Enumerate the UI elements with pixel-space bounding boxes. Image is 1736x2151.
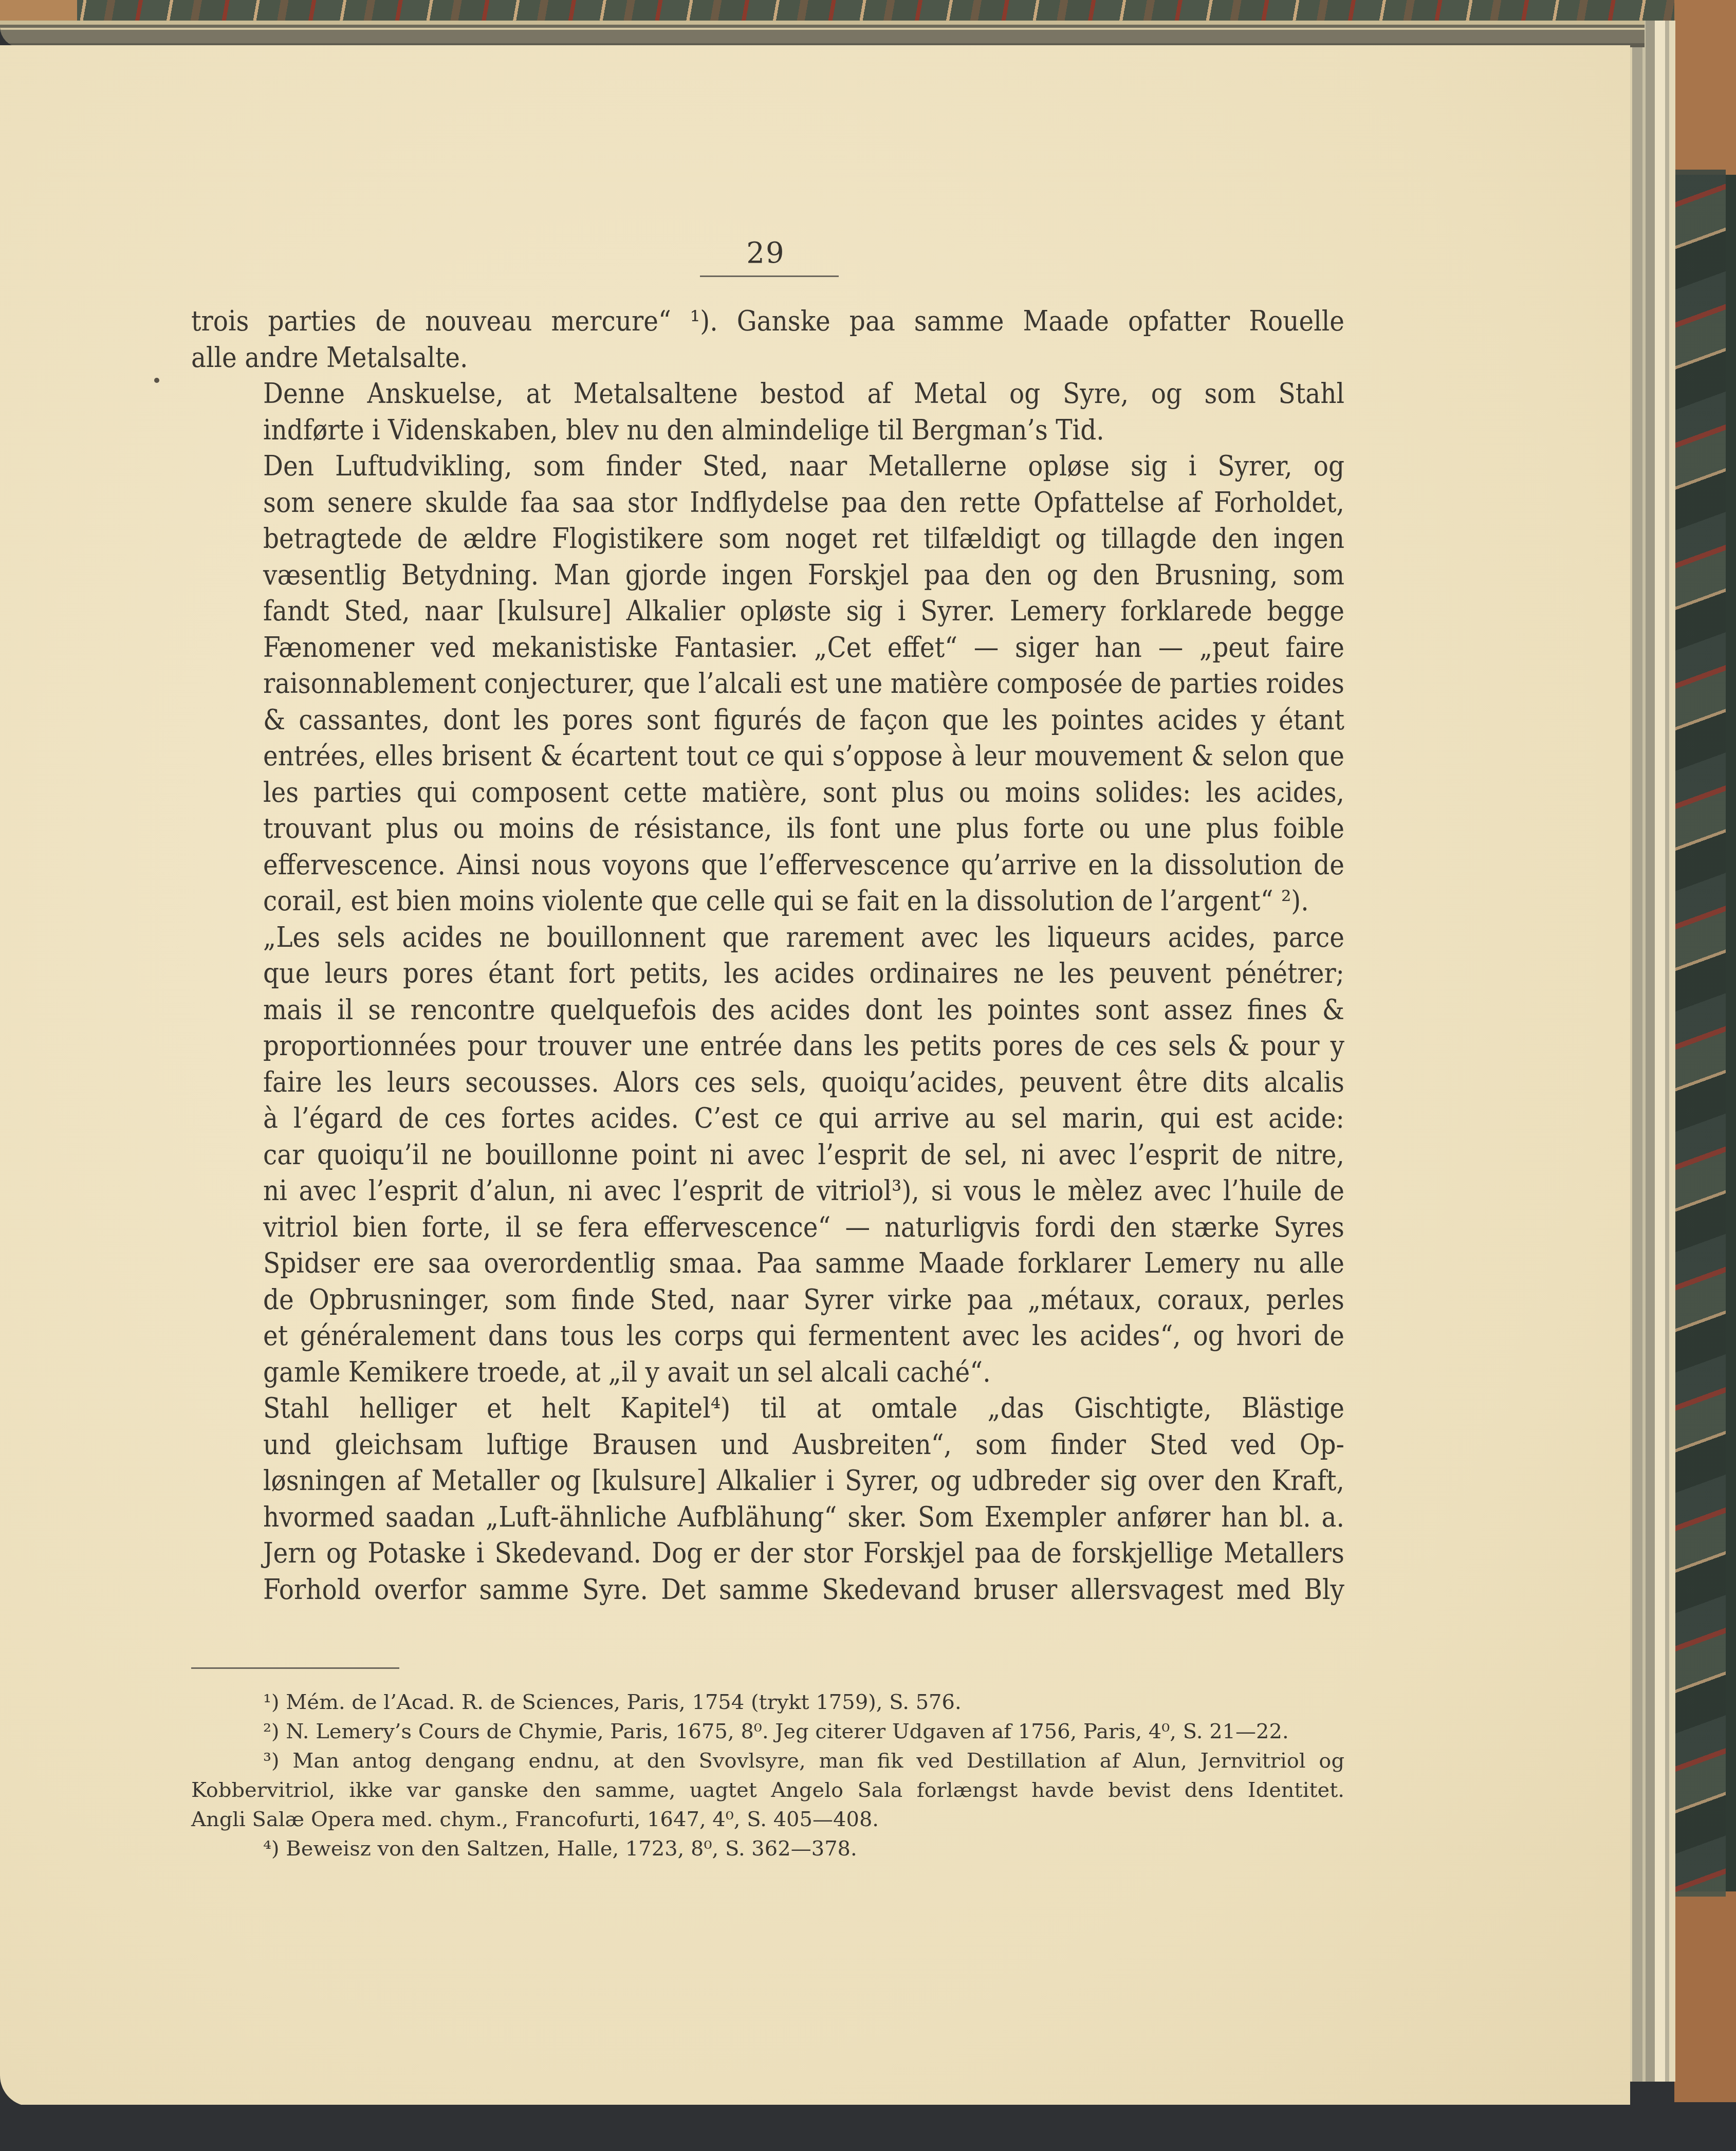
paragraph-3: Den Luftudvikling, som finder Sted, naar… — [191, 448, 1344, 920]
footnote-2: ²) N. Lemery’s Cours de Chymie, Paris, 1… — [191, 1717, 1344, 1746]
footnote-line: Kobbervitriol, ikke var ganske den samme… — [191, 1776, 1344, 1805]
paragraph-1: trois parties de nouveau mercure“ ¹). Ga… — [191, 303, 1344, 376]
text-line: car quoiqu’il ne bouillonne point ni ave… — [191, 1137, 1344, 1173]
text-line: proportionnées pour trouver une entrée d… — [191, 1028, 1344, 1064]
text-line: alle andre Metalsalte. — [191, 340, 1344, 376]
paragraph-4: „Les sels acides ne bouillonnent que rar… — [191, 920, 1344, 1391]
footnotes: ¹) Mém. de l’Acad. R. de Sciences, Paris… — [191, 1688, 1344, 1864]
text-line: corail, est bien moins violente que cell… — [191, 883, 1344, 920]
footnote-line: ²) N. Lemery’s Cours de Chymie, Paris, 1… — [191, 1717, 1344, 1746]
text-line: hvormed saadan „Luft-ähnliche Aufblähung… — [191, 1499, 1344, 1536]
text-line: trouvant plus ou moins de résistance, il… — [191, 811, 1344, 847]
text-line: que leurs pores étant fort petits, les a… — [191, 955, 1344, 992]
text-line: entrées, elles brisent & écartent tout c… — [191, 738, 1344, 775]
marbled-book-edge-top — [0, 0, 1736, 21]
footnote-separator — [191, 1667, 399, 1669]
margin-mark — [154, 378, 159, 383]
text-line: Spidser ere saa overordentlig smaa. Paa … — [191, 1245, 1344, 1282]
text-line: indførte i Videnskaben, blev nu den almi… — [191, 412, 1344, 449]
text-line: fandt Sted, naar [kulsure] Alkalier oplø… — [191, 593, 1344, 630]
book-cover-right — [1674, 0, 1736, 2151]
text-line: Den Luftudvikling, som finder Sted, naar… — [191, 448, 1344, 485]
text-line: raisonnablement conjecturer, que l’alcal… — [191, 666, 1344, 702]
text-line: Denne Anskuelse, at Metalsaltene bestod … — [191, 376, 1344, 412]
text-line: faire les leurs secousses. Alors ces sel… — [191, 1064, 1344, 1101]
text-line: ni avec l’esprit d’alun, ni avec l’espri… — [191, 1173, 1344, 1209]
paragraph-5: Stahl helliger et helt Kapitel⁴) til at … — [191, 1390, 1344, 1608]
text-line: les parties qui composent cette matière,… — [191, 775, 1344, 811]
text-line: trois parties de nouveau mercure“ ¹). Ga… — [191, 303, 1344, 340]
text-line: betragtede de ældre Flogistikere som nog… — [191, 521, 1344, 557]
footnote-line: Angli Salæ Opera med. chym., Francofurti… — [191, 1805, 1344, 1834]
text-line: effervescence. Ainsi nous voyons que l’e… — [191, 847, 1344, 884]
text-line: som senere skulde faa saa stor Indflydel… — [191, 485, 1344, 521]
text-line: & cassantes, dont les pores sont figurés… — [191, 702, 1344, 739]
footnote-1: ¹) Mém. de l’Acad. R. de Sciences, Paris… — [191, 1688, 1344, 1717]
body-text: trois parties de nouveau mercure“ ¹). Ga… — [191, 303, 1344, 1608]
text-line: vitriol bien forte, il se fera effervesc… — [191, 1209, 1344, 1246]
text-line: løsningen af Metaller og [kulsure] Alkal… — [191, 1463, 1344, 1499]
background-below-page — [0, 2105, 1736, 2151]
footnote-3: ³) Man antog dengang endnu, at den Svovl… — [191, 1746, 1344, 1834]
text-line: Jern og Potaske i Skedevand. Dog er der … — [191, 1535, 1344, 1572]
page-edges-right — [1628, 21, 1675, 2082]
text-line: væsentlig Betydning. Man gjorde ingen Fo… — [191, 557, 1344, 594]
text-line: et généralement dans tous les corps qui … — [191, 1318, 1344, 1354]
text-line: Forhold overfor samme Syre. Det samme Sk… — [191, 1572, 1344, 1608]
page-edges-top — [0, 21, 1645, 47]
footnote-4: ⁴) Beweisz von den Saltzen, Halle, 1723,… — [191, 1834, 1344, 1864]
text-line: gamle Kemikere troede, at „il y avait un… — [191, 1354, 1344, 1391]
page-number-rule — [700, 275, 839, 277]
page-number: 29 — [730, 236, 802, 270]
text-line: mais il se rencontre quelquefois des aci… — [191, 992, 1344, 1028]
text-line: und gleichsam luftige Brausen und Ausbre… — [191, 1427, 1344, 1463]
marbled-cover-paper — [1674, 170, 1726, 1897]
paragraph-2: Denne Anskuelse, at Metalsaltene bestod … — [191, 376, 1344, 448]
text-line: Fænomener ved mekanistiske Fantasier. „C… — [191, 630, 1344, 666]
footnote-line: ³) Man antog dengang endnu, at den Svovl… — [191, 1746, 1344, 1776]
text-line: „Les sels acides ne bouillonnent que rar… — [191, 920, 1344, 956]
text-line: de Opbrusninger, som finde Sted, naar Sy… — [191, 1282, 1344, 1318]
footnote-line: ¹) Mém. de l’Acad. R. de Sciences, Paris… — [191, 1688, 1344, 1717]
footnote-line: ⁴) Beweisz von den Saltzen, Halle, 1723,… — [191, 1834, 1344, 1864]
text-line: à l’égard de ces fortes acides. C’est ce… — [191, 1100, 1344, 1137]
text-line: Stahl helliger et helt Kapitel⁴) til at … — [191, 1390, 1344, 1427]
